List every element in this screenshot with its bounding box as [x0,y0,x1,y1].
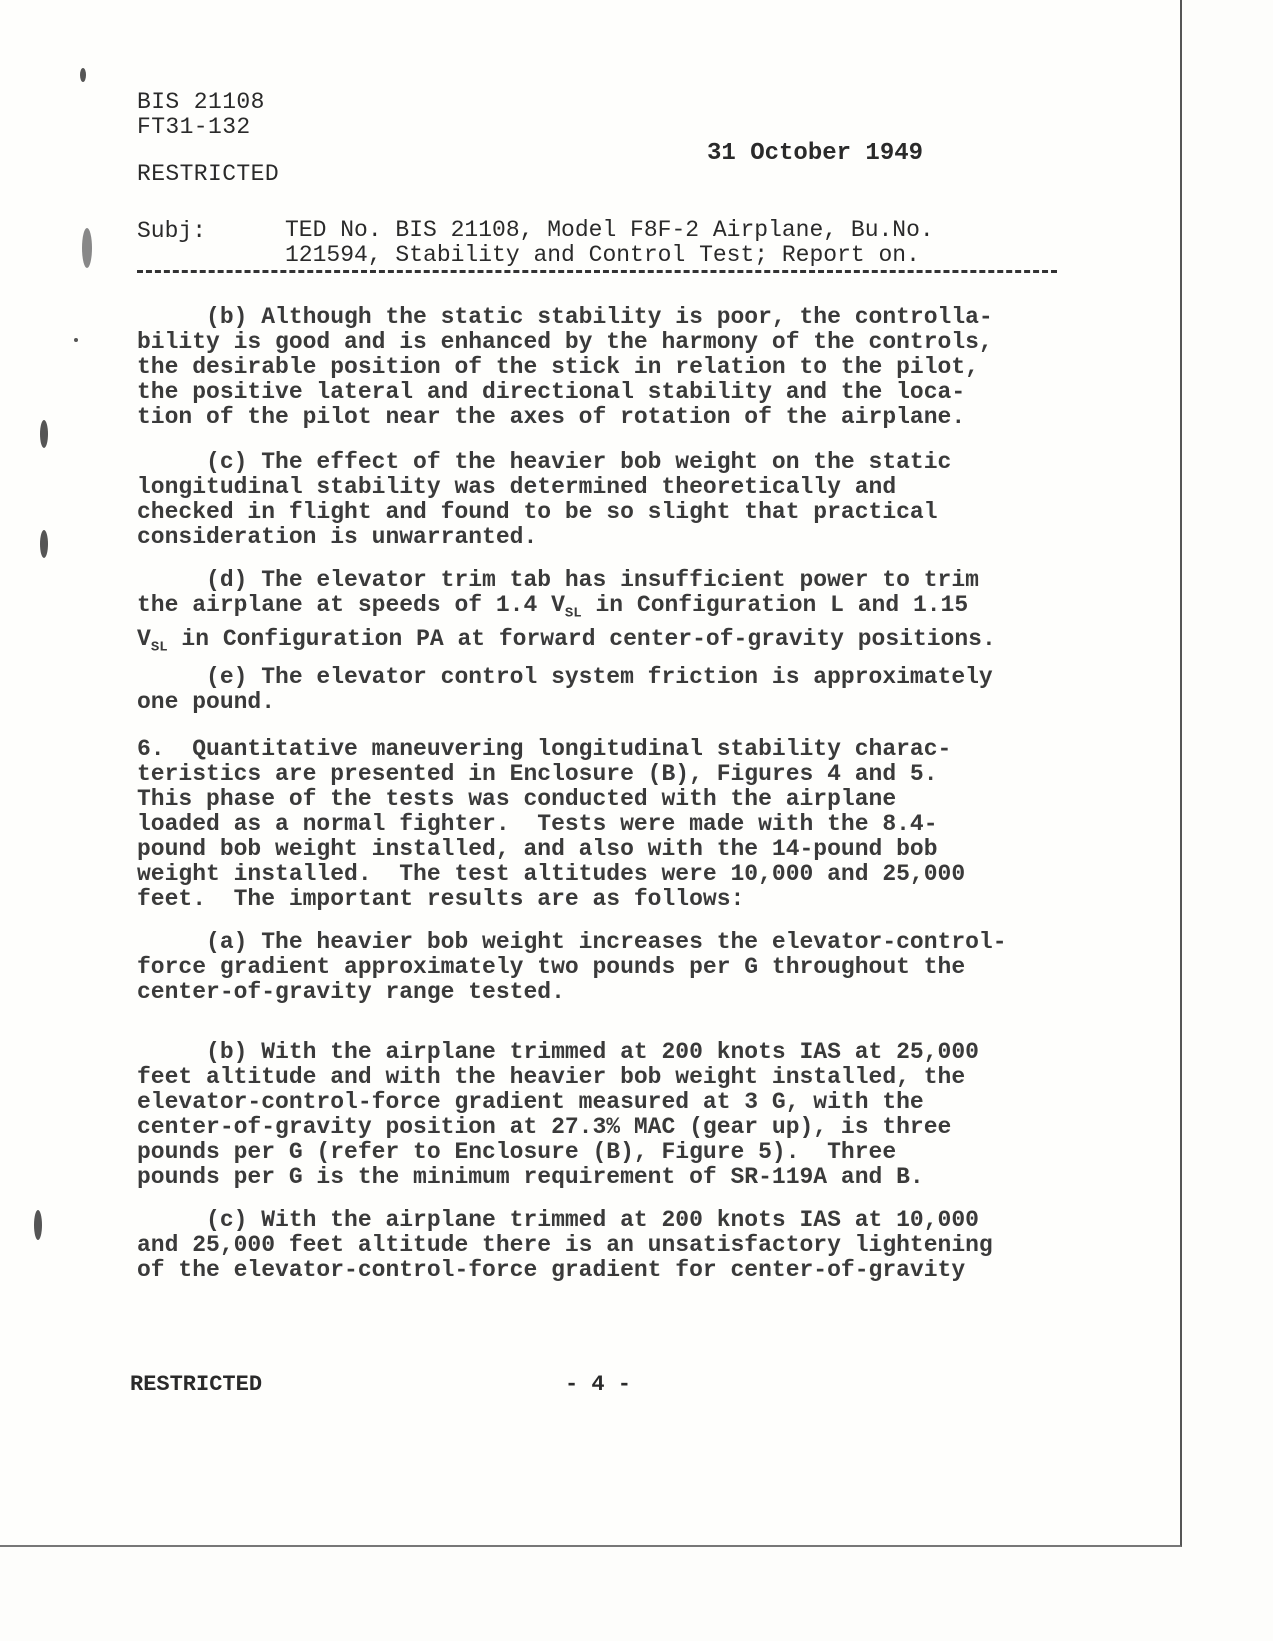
text-line: longitudinal stability was determined th… [137,475,1057,500]
text-line: elevator-control-force gradient measured… [137,1090,1057,1115]
text-line: bility is good and is enhanced by the ha… [137,330,1057,355]
text-line: (d) The elevator trim tab has insufficie… [137,568,1057,593]
text-line: force gradient approximately two pounds … [137,955,1057,980]
text-line: This phase of the tests was conducted wi… [137,787,1057,812]
text-line: center-of-gravity position at 27.3% MAC … [137,1115,1057,1140]
text-line: VSL in Configuration PA at forward cente… [137,627,1057,661]
text-fragment: in Configuration PA at forward center-of… [168,626,996,652]
paragraph-6b: (b) With the airplane trimmed at 200 kno… [137,1040,1057,1190]
text-line: center-of-gravity range tested. [137,980,1057,1005]
text-line: and 25,000 feet altitude there is an uns… [137,1233,1057,1258]
text-line: (b) Although the static stability is poo… [137,305,1057,330]
text-fragment: the airplane at speeds of 1.4 V [137,592,565,618]
text-line: teristics are presented in Enclosure (B)… [137,762,1057,787]
text-line: feet. The important results are as follo… [137,887,1057,912]
subject-line-2: 121594, Stability and Control Test; Repo… [285,243,920,268]
text-line: consideration is unwarranted. [137,525,1057,550]
text-line: weight installed. The test altitudes wer… [137,862,1057,887]
paragraph-6a: (a) The heavier bob weight increases the… [137,930,1057,1005]
text-line: one pound. [137,690,1057,715]
scan-mark [40,530,48,558]
text-line: (c) With the airplane trimmed at 200 kno… [137,1208,1057,1233]
scan-mark [34,1210,42,1240]
paragraph-5b: (b) Although the static stability is poo… [137,305,1057,430]
text-line: of the elevator-control-force gradient f… [137,1258,1057,1283]
text-line: (c) The effect of the heavier bob weight… [137,450,1057,475]
classification-footer: RESTRICTED [130,1372,262,1397]
subscript: SL [565,606,582,622]
reference-number: BIS 21108 [137,90,265,115]
text-fragment: in Configuration L and 1.15 [582,592,968,618]
text-line: 6. Quantitative maneuvering longitudinal… [137,737,1057,762]
text-line: pounds per G (refer to Enclosure (B), Fi… [137,1140,1057,1165]
file-number: FT31-132 [137,115,251,140]
text-line: pounds per G is the minimum requirement … [137,1165,1057,1190]
scan-mark [82,228,92,268]
text-line: pound bob weight installed, and also wit… [137,837,1057,862]
text-line: (e) The elevator control system friction… [137,665,1057,690]
text-fragment: V [137,626,151,652]
document-page: BIS 21108 FT31-132 31 October 1949 RESTR… [0,0,1182,1547]
paragraph-5c: (c) The effect of the heavier bob weight… [137,450,1057,550]
text-line: feet altitude and with the heavier bob w… [137,1065,1057,1090]
scan-mark [74,338,78,342]
scan-mark [80,68,86,82]
document-date: 31 October 1949 [707,140,923,167]
text-line: (a) The heavier bob weight increases the… [137,930,1057,955]
text-line: the desirable position of the stick in r… [137,355,1057,380]
paragraph-6: 6. Quantitative maneuvering longitudinal… [137,737,1057,912]
paragraph-5e: (e) The elevator control system friction… [137,665,1057,715]
subject-line-1: TED No. BIS 21108, Model F8F-2 Airplane,… [285,218,934,243]
paragraph-6c: (c) With the airplane trimmed at 200 kno… [137,1208,1057,1283]
text-line: the positive lateral and directional sta… [137,380,1057,405]
classification-header: RESTRICTED [137,162,279,187]
text-line: loaded as a normal fighter. Tests were m… [137,812,1057,837]
text-line: checked in flight and found to be so sli… [137,500,1057,525]
page-number: - 4 - [565,1372,631,1397]
text-line: tion of the pilot near the axes of rotat… [137,405,1057,430]
scan-mark [40,420,48,448]
text-line: the airplane at speeds of 1.4 VSL in Con… [137,593,1057,627]
text-line: (b) With the airplane trimmed at 200 kno… [137,1040,1057,1065]
subscript: SL [151,639,168,655]
subject-label: Subj: [137,218,206,244]
paragraph-5d: (d) The elevator trim tab has insufficie… [137,568,1057,660]
separator-line [137,270,1057,273]
